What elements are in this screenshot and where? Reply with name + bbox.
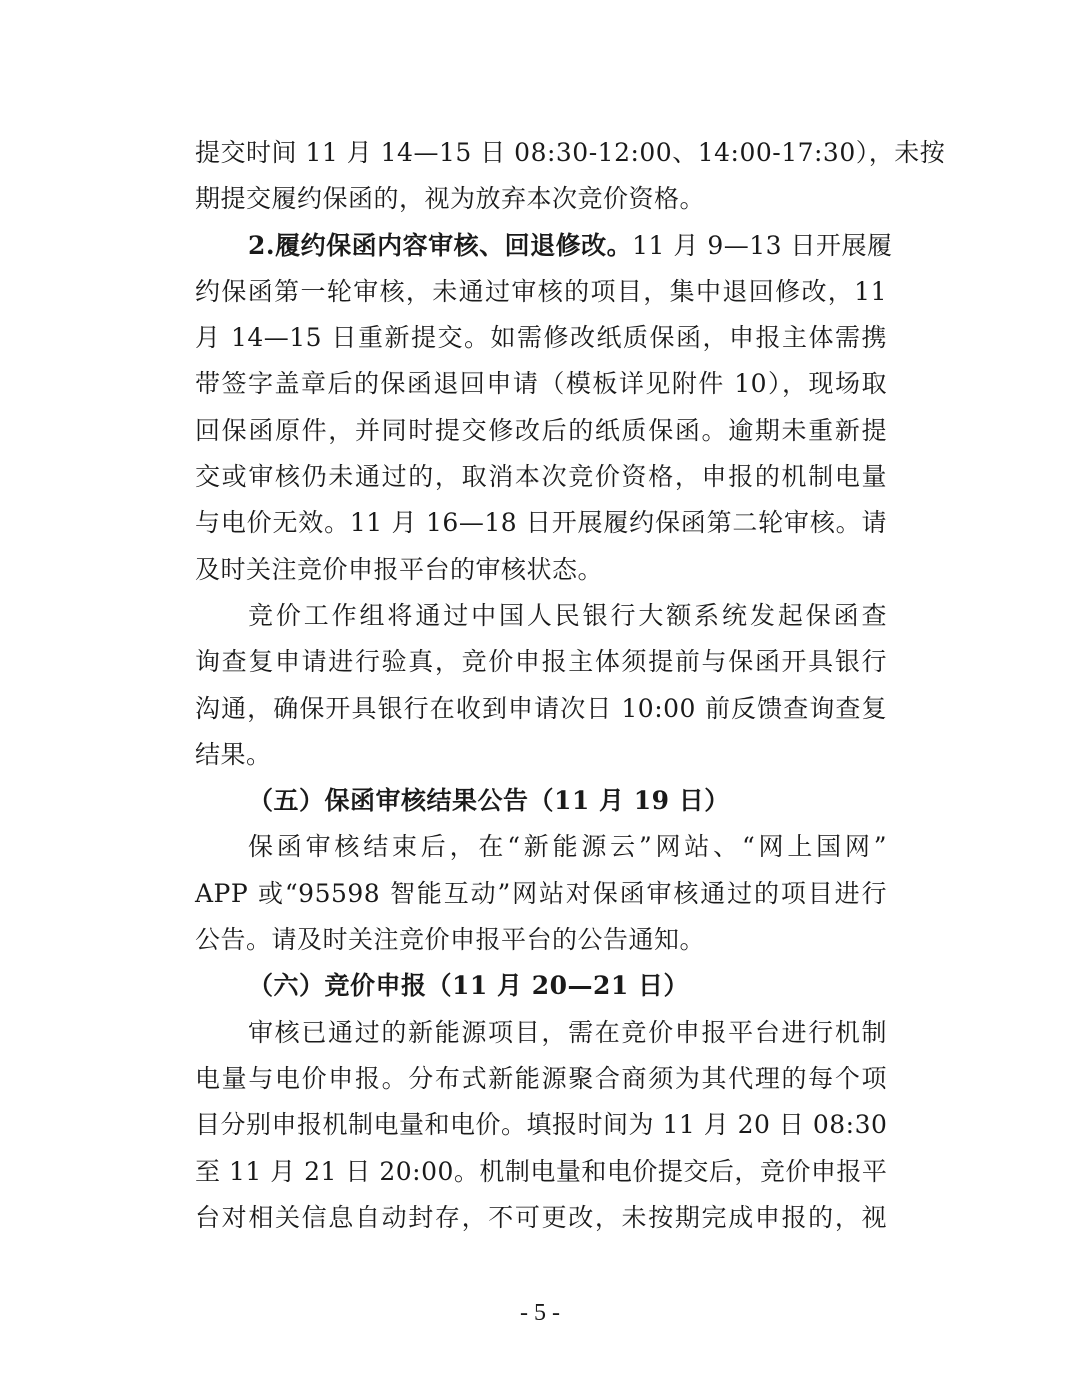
paragraph-line: 至 11 月 21 日 20:00。机制电量和电价提交后，竞价申报平	[195, 1149, 887, 1195]
subsection-title: 2.履约保函内容审核、回退修改。	[248, 231, 632, 260]
paragraph-line: 与电价无效。11 月 16—18 日开展履约保函第二轮审核。请	[195, 500, 887, 546]
paragraph-line: 审核已通过的新能源项目，需在竞价申报平台进行机制	[195, 1010, 887, 1056]
subsection-heading-line: 2.履约保函内容审核、回退修改。11 月 9—13 日开展履	[195, 223, 887, 269]
paragraph-line: 保函审核结束后，在“新能源云”网站、“网上国网”	[195, 824, 887, 870]
paragraph-line: 期提交履约保函的，视为放弃本次竞价资格。	[195, 176, 887, 222]
paragraph-line: 带签字盖章后的保函退回申请（模板详见附件 10），现场取	[195, 361, 887, 407]
paragraph-line: 月 14—15 日重新提交。如需修改纸质保函，申报主体需携	[195, 315, 887, 361]
document-page: 提交时间 11 月 14—15 日 08:30-12:00、14:00-17:3…	[195, 130, 887, 1241]
paragraph-line: 竞价工作组将通过中国人民银行大额系统发起保函查	[195, 593, 887, 639]
section-heading-6: （六）竞价申报（11 月 20—21 日）	[195, 963, 887, 1009]
paragraph-line: 公告。请及时关注竞价申报平台的公告通知。	[195, 917, 887, 963]
paragraph-text: 11 月 9—13 日开展履	[632, 231, 892, 260]
paragraph-line: 台对相关信息自动封存，不可更改，未按期完成申报的，视	[195, 1195, 887, 1241]
paragraph-line: 约保函第一轮审核，未通过审核的项目，集中退回修改，11	[195, 269, 887, 315]
paragraph-line: 沟通，确保开具银行在收到申请次日 10:00 前反馈查询查复	[195, 686, 887, 732]
paragraph-line: 目分别申报机制电量和电价。填报时间为 11 月 20 日 08:30	[195, 1102, 887, 1148]
paragraph-line: 询查复申请进行验真，竞价申报主体须提前与保函开具银行	[195, 639, 887, 685]
paragraph-line: 交或审核仍未通过的，取消本次竞价资格，申报的机制电量	[195, 454, 887, 500]
paragraph-line: 回保函原件，并同时提交修改后的纸质保函。逾期未重新提	[195, 408, 887, 454]
paragraph-line: 提交时间 11 月 14—15 日 08:30-12:00、14:00-17:3…	[195, 130, 887, 176]
paragraph-line: 及时关注竞价申报平台的审核状态。	[195, 547, 887, 593]
paragraph-line: 结果。	[195, 732, 887, 778]
paragraph-line: APP 或“95598 智能互动”网站对保函审核通过的项目进行	[195, 871, 887, 917]
paragraph-line: 电量与电价申报。分布式新能源聚合商须为其代理的每个项	[195, 1056, 887, 1102]
page-number: - 5 -	[0, 1300, 1080, 1327]
section-heading-5: （五）保函审核结果公告（11 月 19 日）	[195, 778, 887, 824]
